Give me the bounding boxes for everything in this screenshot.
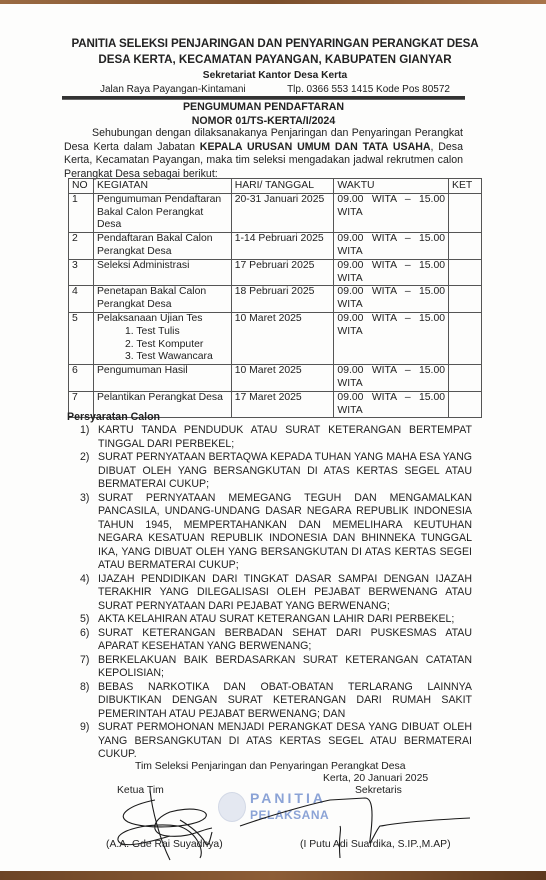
row-tanggal: 1-14 Pebruari 2025 [231,233,334,260]
row-tanggal: 10 Maret 2025 [231,312,334,364]
stamp-line-2: PELAKSANA [250,808,329,822]
schedule-table: NO KEGIATAN HARI/ TANGGAL WAKTU KET 1Pen… [68,178,482,418]
kegiatan-text: Pelantikan Perangkat Desa [97,392,228,405]
row-waktu: 09.00 WITA – 15.00 WITA [334,259,449,286]
row-ket [449,391,482,418]
team-name: Tim Seleksi Penjaringan dan Penyaringan … [135,760,406,773]
schedule-row: 4Penetapan Bakal Calon Perangkat Desa18 … [69,286,482,313]
requirement-text: SURAT PERNYATAAN BERTAQWA KEPADA TUHAN Y… [98,451,472,492]
kegiatan-text: Pengumuman Hasil [97,365,228,378]
requirement-text: BEBAS NARKOTIKA DAN OBAT-OBATAN TERLARAN… [98,681,472,722]
letterhead-org: PANITIA SELEKSI PENJARINGAN DAN PENYARIN… [70,36,480,52]
requirement-number: 7) [80,654,98,681]
requirement-number: 6) [80,627,98,654]
row-no: 5 [69,312,94,364]
row-ket [449,286,482,313]
row-no: 4 [69,286,94,313]
requirement-item: 1)KARTU TANDA PENDUDUK ATAU SURAT KETERA… [80,424,472,451]
row-tanggal: 17 Pebruari 2025 [231,259,334,286]
requirement-number: 4) [80,573,98,614]
requirement-number: 1) [80,424,98,451]
test-sub-item: 2. Test Komputer [125,339,228,352]
requirement-number: 2) [80,451,98,492]
requirement-text: KARTU TANDA PENDUDUK ATAU SURAT KETERANG… [98,424,472,451]
row-tanggal: 18 Pebruari 2025 [231,286,334,313]
row-tanggal: 10 Maret 2025 [231,365,334,392]
background-bottom-edge [0,871,546,880]
place-date: Kerta, 20 Januari 2025 [323,773,428,784]
schedule-header-row: NO KEGIATAN HARI/ TANGGAL WAKTU KET [69,179,482,194]
secretary-role: Sekretaris [355,785,402,796]
header-no: NO [69,179,94,194]
schedule-row: 6Pengumuman Hasil10 Maret 202509.00 WITA… [69,365,482,392]
emblem-icon [218,792,246,822]
row-waktu: 09.00 WITA – 15.00 WITA [334,286,449,313]
letterhead: PANITIA SELEKSI PENJARINGAN DAN PENYARIN… [70,36,480,97]
requirement-number: 8) [80,681,98,722]
row-waktu: 09.00 WITA – 15.00 WITA [334,391,449,418]
announcement-title: PENGUMUMAN PENDAFTARAN NOMOR 01/TS-KERTA… [62,100,465,128]
requirement-item: 5)AKTA KELAHIRAN ATAU SURAT KETERANGAN L… [80,613,472,627]
kegiatan-text: Pendaftaran Bakal Calon Perangkat Desa [97,233,228,259]
requirement-item: 3)SURAT PERNYATAAN MEMEGANG TEGUH DAN ME… [80,492,472,573]
requirement-item: 7)BERKELAKUAN BAIK BERDASARKAN SURAT KET… [80,654,472,681]
secretary-name: (I Putu Adi Suardika, S.IP.,M.AP) [300,839,451,850]
row-ket [449,365,482,392]
intro-position: KEPALA URUSAN UMUM DAN TATA USAHA [200,141,431,153]
letterhead-address: Jalan Raya Payangan-Kintamani [100,83,246,97]
row-kegiatan: Pengumuman Pendaftaran Bakal Calon Peran… [93,193,231,232]
schedule-row: 3Seleksi Administrasi17 Pebruari 202509.… [69,259,482,286]
row-waktu: 09.00 WITA – 15.00 WITA [334,365,449,392]
kegiatan-text: Pengumuman Pendaftaran Bakal Calon Peran… [97,194,228,232]
row-kegiatan: Pengumuman Hasil [93,365,231,392]
test-sub-item: 1. Test Tulis [125,326,228,339]
requirements-title: Persyaratan Calon [67,411,160,424]
row-ket [449,312,482,364]
header-ket: KET [449,179,482,194]
requirement-number: 9) [80,721,98,762]
intro-paragraph: Sehubungan dengan dilaksanakanya Penjari… [64,127,463,181]
header-tanggal: HARI/ TANGGAL [231,179,334,194]
row-ket [449,259,482,286]
row-kegiatan: Penetapan Bakal Calon Perangkat Desa [93,286,231,313]
row-ket [449,193,482,232]
row-kegiatan: Pelaksanaan Ujian Tes1. Test Tulis2. Tes… [93,312,231,364]
requirement-text: BERKELAKUAN BAIK BERDASARKAN SURAT KETER… [98,654,472,681]
requirements-list: 1)KARTU TANDA PENDUDUK ATAU SURAT KETERA… [80,424,472,762]
requirement-text: IJAZAH PENDIDIKAN DARI TINGKAT DASAR SAM… [98,573,472,614]
row-kegiatan: Seleksi Administrasi [93,259,231,286]
letterhead-contact-line: Jalan Raya Payangan-Kintamani Tlp. 0366 … [70,83,480,97]
row-no: 6 [69,365,94,392]
row-waktu: 09.00 WITA – 15.00 WITA [334,233,449,260]
requirement-item: 9)SURAT PERMOHONAN MENJADI PERANGKAT DES… [80,721,472,762]
kegiatan-text: Seleksi Administrasi [97,260,228,273]
row-kegiatan: Pendaftaran Bakal Calon Perangkat Desa [93,233,231,260]
row-tanggal: 17 Maret 2025 [231,391,334,418]
row-ket [449,233,482,260]
row-waktu: 09.00 WITA – 15.00 WITA [334,312,449,364]
schedule-row: 2Pendaftaran Bakal Calon Perangkat Desa1… [69,233,482,260]
committee-stamp: PANITIA PELAKSANA [218,790,358,830]
letterhead-secretariat: Sekretariat Kantor Desa Kerta [70,68,480,83]
requirement-item: 6)SURAT KETERANGAN BERBADAN SEHAT DARI P… [80,627,472,654]
kegiatan-text: Pelaksanaan Ujian Tes [97,313,228,326]
stamp-line-1: PANITIA [250,790,326,806]
requirement-number: 3) [80,492,98,573]
test-sub-list: 1. Test Tulis2. Test Komputer3. Test Waw… [97,326,228,364]
row-no: 1 [69,193,94,232]
row-no: 3 [69,259,94,286]
requirement-item: 8)BEBAS NARKOTIKA DAN OBAT-OBATAN TERLAR… [80,681,472,722]
announcement-number: NOMOR 01/TS-KERTA/I/2024 [62,114,465,128]
announcement-heading: PENGUMUMAN PENDAFTARAN [62,100,465,114]
header-waktu: WAKTU [334,179,449,194]
requirement-text: SURAT KETERANGAN BERBADAN SEHAT DARI PUS… [98,627,472,654]
row-no: 2 [69,233,94,260]
requirement-item: 2)SURAT PERNYATAAN BERTAQWA KEPADA TUHAN… [80,451,472,492]
schedule-row: 1Pengumuman Pendaftaran Bakal Calon Pera… [69,193,482,232]
kegiatan-text: Penetapan Bakal Calon Perangkat Desa [97,286,228,312]
row-tanggal: 20-31 Januari 2025 [231,193,334,232]
requirement-number: 5) [80,613,98,627]
letterhead-phone: Tlp. 0366 553 1415 Kode Pos 80572 [287,83,450,97]
letterhead-location: DESA KERTA, KECAMATAN PAYANGAN, KABUPATE… [70,52,480,68]
row-waktu: 09.00 WITA – 15.00 WITA [334,193,449,232]
requirement-text: SURAT PERNYATAAN MEMEGANG TEGUH DAN MENG… [98,492,472,573]
chair-role: Ketua Tim [117,785,164,796]
chair-name: (A.A. Gde Rai Suyadnya) [106,839,223,850]
requirement-text: AKTA KELAHIRAN ATAU SURAT KETERANGAN LAH… [98,613,472,627]
header-kegiatan: KEGIATAN [93,179,231,194]
requirement-text: SURAT PERMOHONAN MENJADI PERANGKAT DESA … [98,721,472,762]
requirement-item: 4)IJAZAH PENDIDIKAN DARI TINGKAT DASAR S… [80,573,472,614]
schedule-row: 5Pelaksanaan Ujian Tes1. Test Tulis2. Te… [69,312,482,364]
test-sub-item: 3. Test Wawancara [125,351,228,364]
